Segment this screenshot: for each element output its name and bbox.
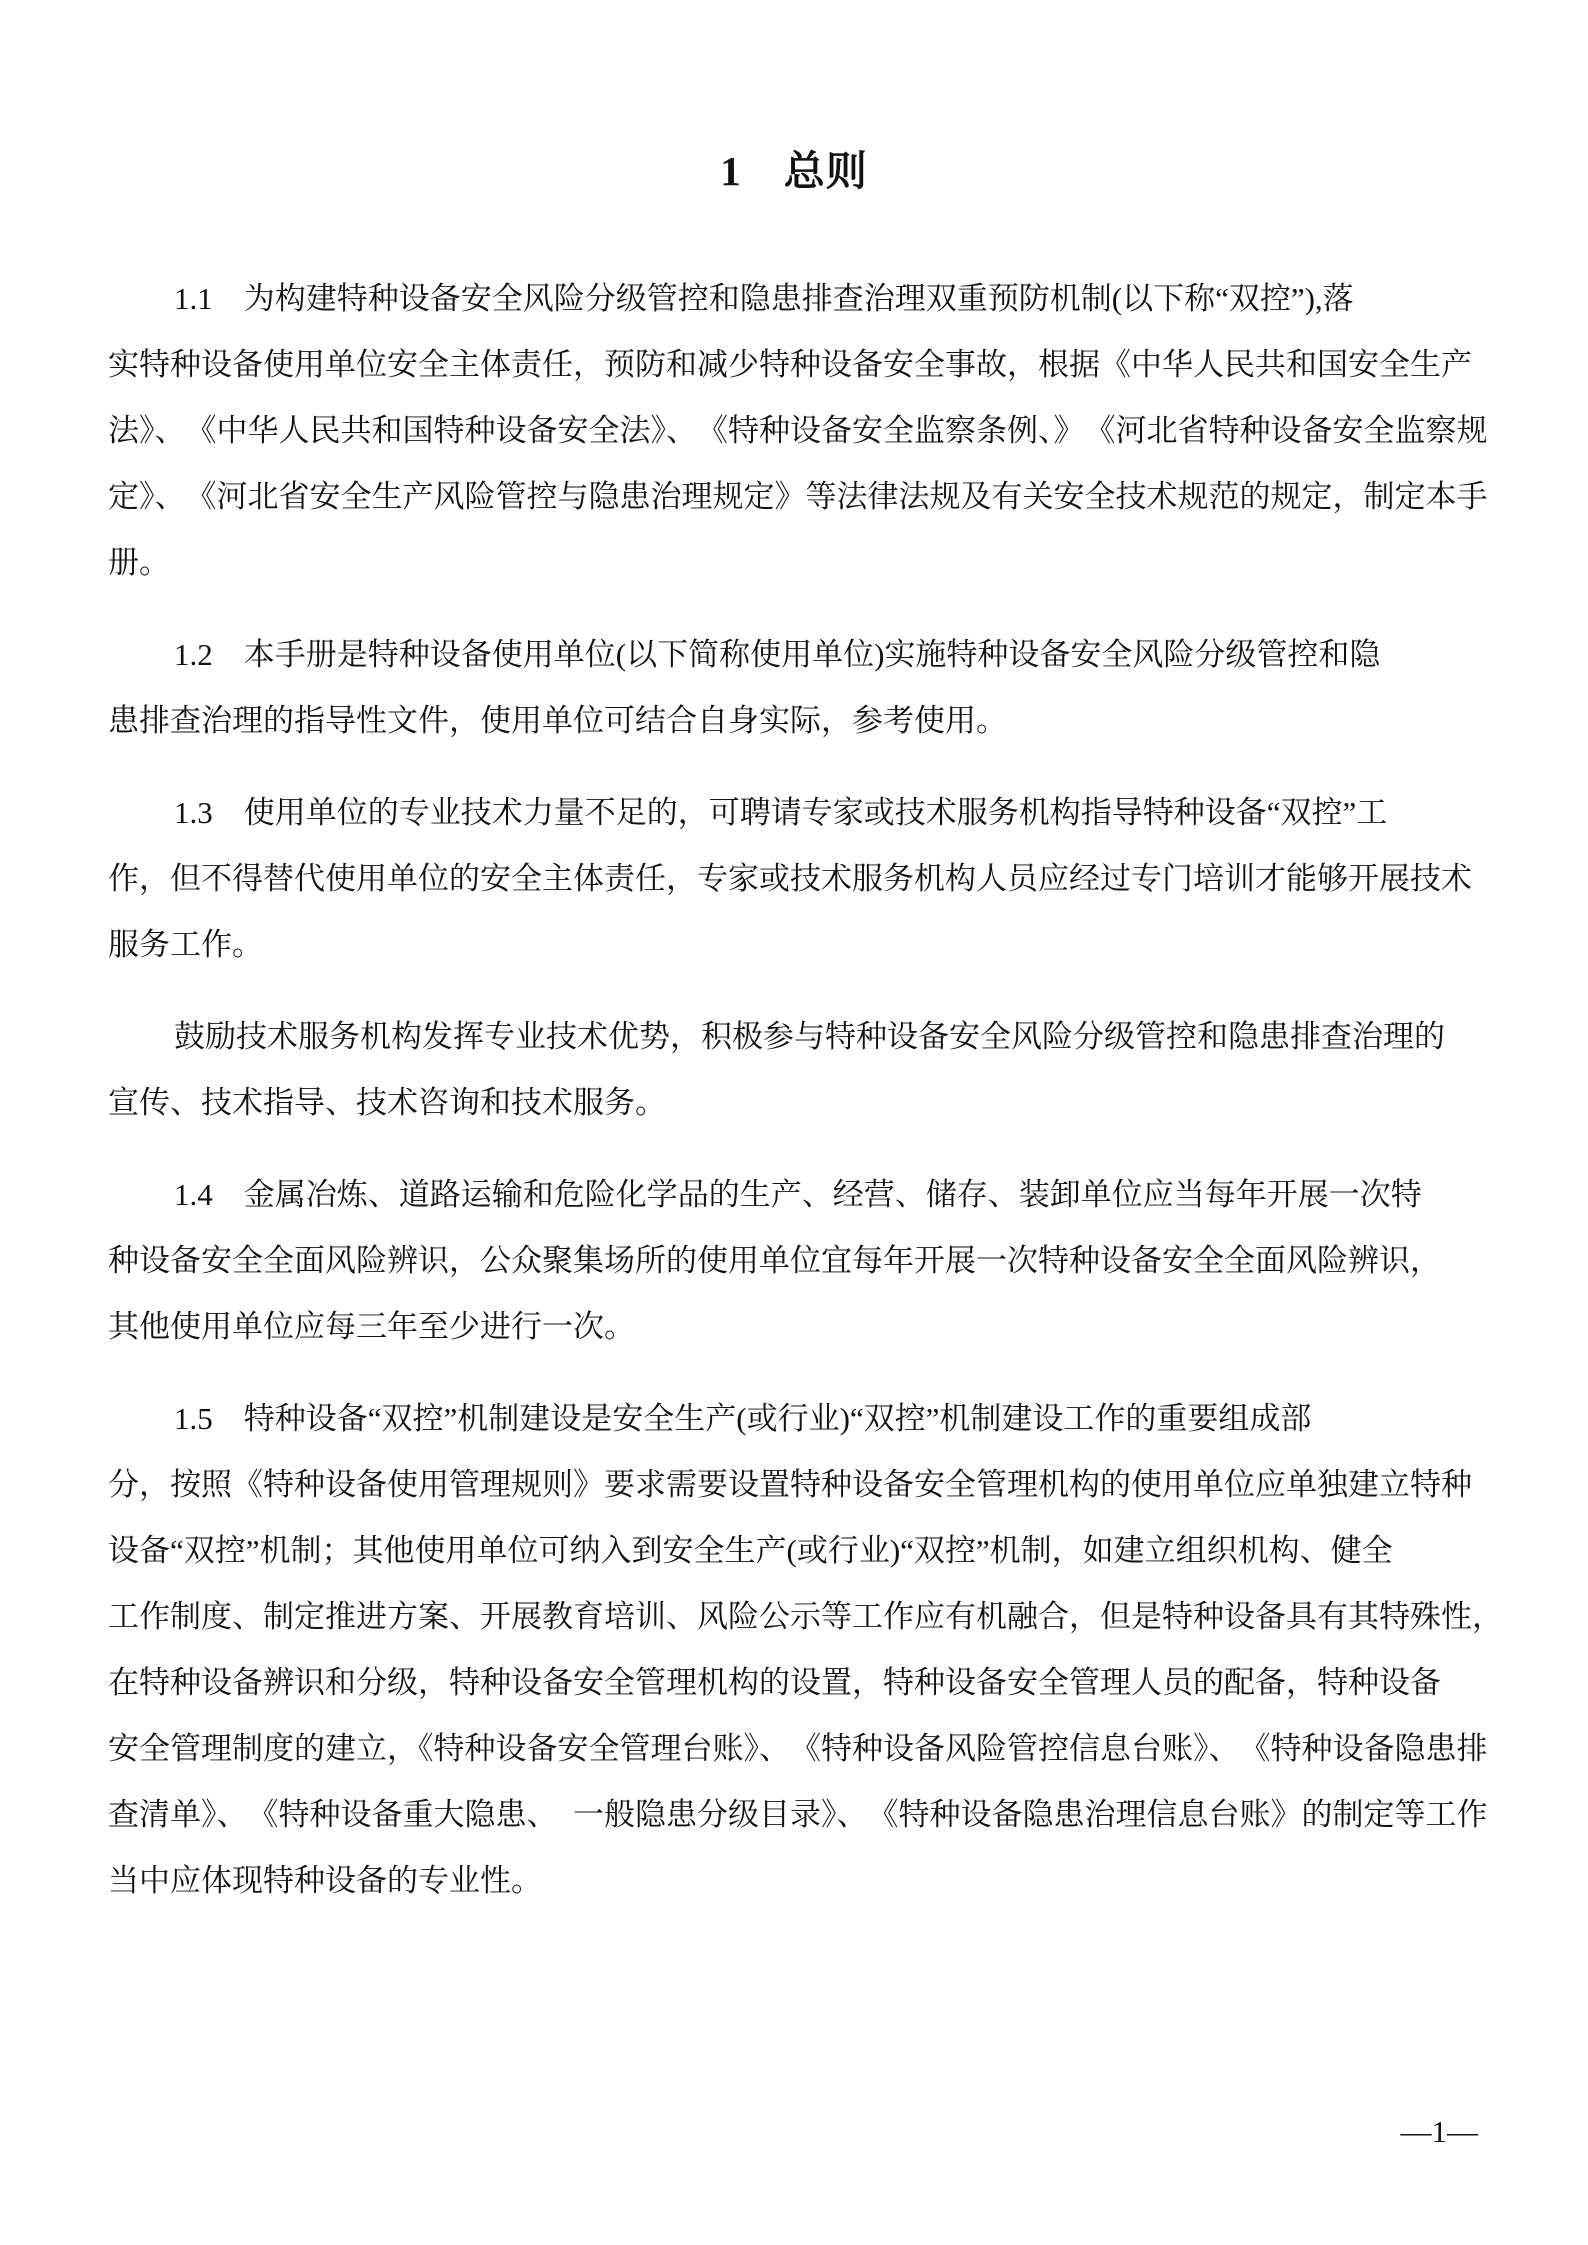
paragraph-line: 1.3 使用单位的专业技术力量不足的，可聘请专家或技术服务机构指导特种设备“双控… [108,780,1506,846]
paragraph-line: 种设备安全全面风险辨识，公众聚集场所的使用单位宜每年开展一次特种设备安全全面风险… [108,1228,1506,1294]
paragraph-line: 在特种设备辨识和分级，特种设备安全管理机构的设置，特种设备安全管理人员的配备，特… [108,1650,1506,1716]
paragraph-line: 定》、 《河北省安全生产风险管控与隐患治理规定》等法律法规及有关安全技术规范的规… [108,464,1506,596]
paragraph-1-2: 1.2 本手册是特种设备使用单位(以下简称使用单位)实施特种设备安全风险分级管控… [108,622,1506,754]
paragraph-encourage: 鼓励技术服务机构发挥专业技术优势，积极参与特种设备安全风险分级管控和隐患排查治理… [108,1004,1506,1136]
page-number: —1— [1401,2112,1479,2152]
paragraph-1-5: 1.5 特种设备“双控”机制建设是安全生产(或行业)“双控”机制建设工作的重要组… [108,1386,1506,1914]
paragraph-1-3: 1.3 使用单位的专业技术力量不足的，可聘请专家或技术服务机构指导特种设备“双控… [108,780,1506,978]
paragraph-line: 实特种设备使用单位安全主体责任，预防和减少特种设备安全事故，根据《中华人民共和国… [108,332,1506,398]
paragraph-line: 1.1 为构建特种设备安全风险分级管控和隐患排查治理双重预防机制(以下称“双控”… [108,266,1506,332]
paragraph-1-4: 1.4 金属冶炼、道路运输和危险化学品的生产、经营、储存、装卸单位应当每年开展一… [108,1162,1506,1360]
document-body: 1.1 为构建特种设备安全风险分级管控和隐患排查治理双重预防机制(以下称“双控”… [108,266,1506,1914]
paragraph-line: 1.5 特种设备“双控”机制建设是安全生产(或行业)“双控”机制建设工作的重要组… [108,1386,1506,1452]
paragraph-line: 工作制度、制定推进方案、开展教育培训、风险公示等工作应有机融合，但是特种设备具有… [108,1584,1506,1650]
paragraph-line: 1.4 金属冶炼、道路运输和危险化学品的生产、经营、储存、装卸单位应当每年开展一… [108,1162,1506,1228]
section-title: 1 总则 [0,138,1588,197]
paragraph-line: 鼓励技术服务机构发挥专业技术优势，积极参与特种设备安全风险分级管控和隐患排查治理… [108,1004,1506,1070]
paragraph-line: 当中应体现特种设备的专业性。 [108,1848,1506,1914]
paragraph-line: 设备“双控”机制；其他使用单位可纳入到安全生产(或行业)“双控”机制，如建立组织… [108,1518,1506,1584]
paragraph-line: 患排查治理的指导性文件，使用单位可结合自身实际，参考使用。 [108,688,1506,754]
paragraph-line: 法》、 《中华人民共和国特种设备安全法》、 《特种设备安全监察条例、》 《河北省… [108,398,1506,464]
paragraph-line: 安全管理制度的建立，《特种设备安全管理台账》、 《特种设备风险管控信息台账》、 … [108,1716,1506,1782]
paragraph-line: 其他使用单位应每三年至少进行一次。 [108,1294,1506,1360]
paragraph-line: 作，但不得替代使用单位的安全主体责任，专家或技术服务机构人员应经过专门培训才能够… [108,846,1506,912]
paragraph-line: 分，按照《特种设备使用管理规则》要求需要设置特种设备安全管理机构的使用单位应单独… [108,1452,1506,1518]
paragraph-1-1: 1.1 为构建特种设备安全风险分级管控和隐患排查治理双重预防机制(以下称“双控”… [108,266,1506,596]
paragraph-line: 1.2 本手册是特种设备使用单位(以下简称使用单位)实施特种设备安全风险分级管控… [108,622,1506,688]
paragraph-line: 服务工作。 [108,912,1506,978]
paragraph-line: 宣传、技术指导、技术咨询和技术服务。 [108,1070,1506,1136]
paragraph-line: 查清单》、 《特种设备重大隐患、 一般隐患分级目录》、 《特种设备隐患治理信息台… [108,1782,1506,1848]
document-page: 1 总则 1.1 为构建特种设备安全风险分级管控和隐患排查治理双重预防机制(以下… [0,0,1588,2245]
